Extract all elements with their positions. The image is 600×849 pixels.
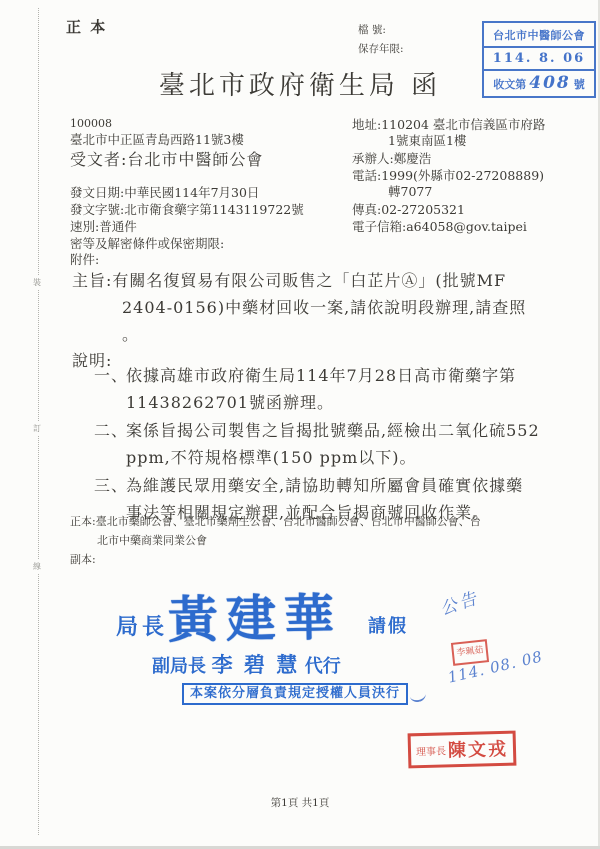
subject-line-1: 主旨:有關名復貿易有限公司販售之「白芷片Ⓐ」(批號MF: [72, 271, 506, 291]
received-stamp-org: 台北市中醫師公會: [484, 23, 594, 46]
director-name-signature: 黃建華: [167, 586, 342, 652]
sender-phone-2: 轉7077: [388, 184, 432, 200]
addressee-recipient: 受文者:台北市中醫師公會: [70, 150, 263, 170]
addressee-street: 臺北市中正區青島西路11號3樓: [70, 132, 244, 148]
doc-speed: 速別:普通件: [70, 219, 137, 235]
received-no-suffix: 號: [574, 76, 585, 92]
deputy-title: 副局長: [152, 656, 206, 677]
addressee-code: 100008: [70, 117, 112, 131]
subject-line-3: 。: [122, 325, 139, 345]
on-leave-note: 請假: [368, 616, 408, 639]
sender-email: 電子信箱:a64058@gov.taipei: [352, 219, 527, 235]
file-number-label: 檔 號:: [358, 24, 386, 37]
copy-type-label: 正 本: [66, 18, 107, 37]
subject-line-2: 2404-0156)中藥材回收一案,請依說明段辦理,請查照: [122, 298, 526, 318]
distribution-original-2: 北市中藥商業同業公會: [97, 534, 207, 548]
director-title: 局長: [116, 614, 168, 642]
handwritten-note: 公告: [438, 588, 483, 621]
doc-number: 發文字號:北市衛食藥字第1143119722號: [70, 202, 304, 218]
authorization-statement: 本案依分層負責規定授權人員決行: [182, 683, 408, 705]
sender-address-1: 地址:110204 臺北市信義區市府路: [352, 117, 545, 133]
sender-address-2: 1號東南區1樓: [388, 133, 466, 149]
received-stamp-number: 收文第 408 號: [484, 69, 594, 96]
chairman-stamp-name: 陳文戎: [448, 735, 509, 763]
sender-contact: 承辦人:鄭慶浩: [352, 151, 431, 167]
tick-mark-annotation: [409, 691, 426, 704]
doc-attachment: 附件:: [70, 252, 99, 268]
binding-mark-xian: 線: [33, 560, 41, 573]
scanned-official-letter: 裝 訂 線 正 本 檔 號: 保存年限: 台北市中醫師公會 114. 8. 06…: [0, 0, 600, 849]
explanation-item-2-no: 二、: [94, 421, 128, 441]
sender-phone-1: 電話:1999(外縣市02-27208889): [352, 168, 544, 184]
explanation-item-2-line1: 案係旨揭公司製售之旨揭批號藥品,經檢出二氧化硫552: [126, 421, 540, 441]
document-title: 臺北市政府衛生局 函: [159, 70, 441, 103]
binding-mark-zhuang: 裝: [33, 276, 41, 289]
doc-security: 密等及解密條件或保密期限:: [70, 236, 224, 252]
explanation-item-1-no: 一、: [94, 366, 128, 386]
explanation-item-3-line1: 為維護民眾用藥安全,請協助轉知所屬會員確實依據藥: [126, 476, 523, 496]
explanation-item-1-line2: 11438262701號函辦理。: [126, 393, 334, 413]
received-no-value: 408: [529, 73, 571, 93]
explanation-item-2-line2: ppm,不符規格標準(150 ppm以下)。: [126, 448, 417, 468]
deputy-name: 李 碧 慧: [212, 652, 300, 677]
retention-period-label: 保存年限:: [358, 43, 404, 56]
chairman-stamp-title: 理事長: [416, 742, 446, 758]
received-stamp: 台北市中醫師公會 114. 8. 06 收文第 408 號: [482, 21, 596, 98]
doc-date: 發文日期:中華民國114年7月30日: [70, 185, 259, 201]
page-number-footer: 第1頁 共1頁: [271, 797, 330, 810]
explanation-item-3-no: 三、: [94, 476, 128, 496]
received-no-prefix: 收文第: [493, 76, 526, 92]
distribution-copy: 副本:: [70, 553, 96, 567]
explanation-item-1-line1: 依據高雄市政府衛生局114年7月28日高市衛藥字第: [126, 366, 516, 386]
deputy-director-line: 副局長 李 碧 慧 代行: [152, 652, 341, 679]
chairman-stamp: 理事長 陳文戎: [408, 731, 517, 769]
deputy-acting: 代行: [305, 656, 341, 677]
distribution-original-1: 正本:臺北市藥師公會、臺北市藥劑生公會、台北市醫師公會、台北市中醫師公會、台: [70, 515, 481, 529]
authorization-box-wrap: 本案依分層負責規定授權人員決行: [182, 682, 408, 702]
received-stamp-date: 114. 8. 06: [484, 46, 594, 69]
sender-fax: 傳真:02-27205321: [352, 202, 465, 218]
binding-mark-ding: 訂: [33, 422, 41, 435]
